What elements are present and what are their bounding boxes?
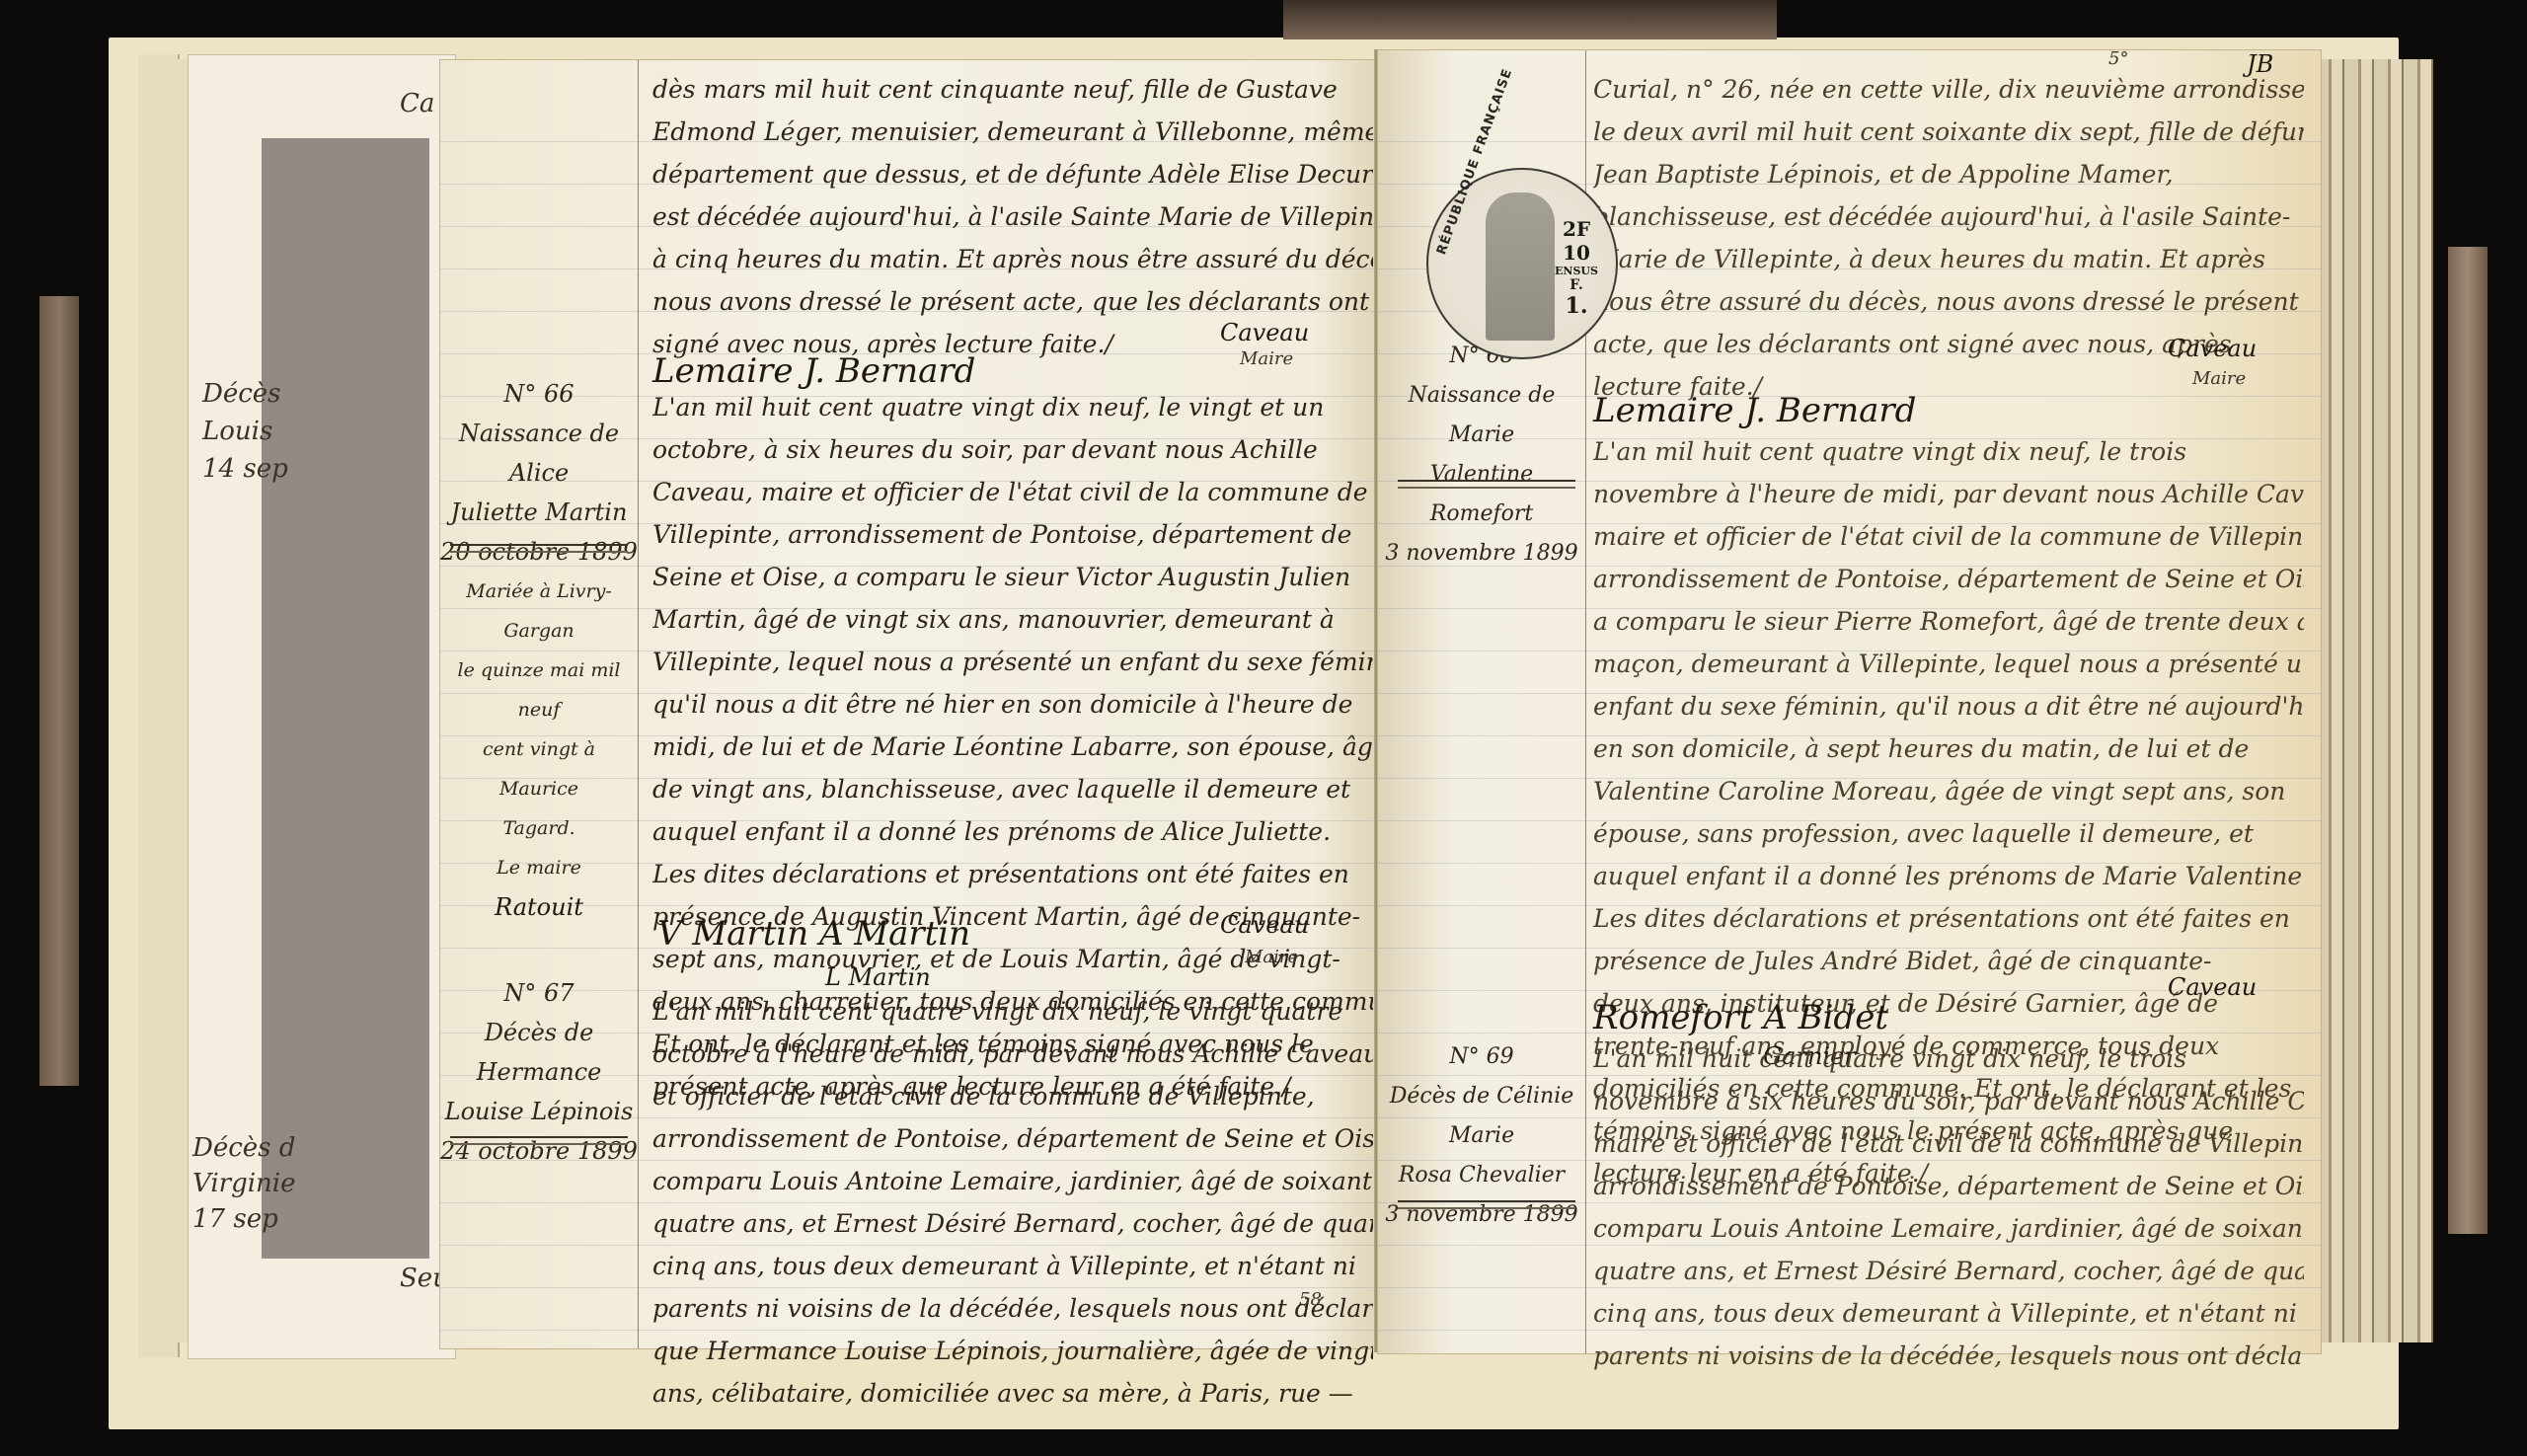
signature-mayor-title: Maire xyxy=(1245,947,1298,967)
entry-68-margin: N° 68 Naissance de Marie Valentine Romef… xyxy=(1378,337,1585,574)
underlying-entry-2: Décès d Virginie 17 sep xyxy=(192,1130,295,1237)
register-page-left: dès mars mil huit cent cinquante neuf, f… xyxy=(439,59,1389,1349)
entry-divider xyxy=(450,544,628,553)
entry-divider xyxy=(1398,480,1575,489)
signature-witness-2: L Martin xyxy=(825,963,931,991)
signature-mayor: Caveau xyxy=(2168,973,2257,1001)
signature-mayor-title: Maire xyxy=(2192,368,2246,389)
entry-number: N° 69 xyxy=(1378,1037,1585,1077)
underlying-entry-1: Décès Louis 14 sep xyxy=(202,375,288,488)
page-number: 58 xyxy=(1299,1289,1322,1310)
entry-number: N° 66 xyxy=(440,374,638,414)
signature-mayor: Caveau xyxy=(1220,319,1309,346)
marbled-cover-left xyxy=(39,296,79,1086)
grey-insert-card xyxy=(262,138,429,1259)
entry-divider xyxy=(1398,1200,1575,1209)
signature-witnesses: V Martin A Martin xyxy=(657,914,970,954)
marginal-annotation: Mariée à Livry-Gargan le quinze mai mil … xyxy=(440,572,638,927)
page-edge-stack-right xyxy=(2315,59,2433,1342)
underlying-page-header: Ca xyxy=(400,89,434,118)
entry-66-margin: N° 66 Naissance de Alice Juliette Martin… xyxy=(440,374,638,572)
signature-witnesses: Lemaire J. Bernard xyxy=(652,351,975,391)
marbled-cover-right xyxy=(2448,247,2488,1234)
signature-witnesses: Romefort A Bidet xyxy=(1593,998,1888,1037)
entry-number: N° 67 xyxy=(440,973,638,1013)
signature-witnesses: Lemaire J. Bernard xyxy=(1593,391,1916,430)
signature-mayor: Caveau xyxy=(1220,911,1309,939)
entry-divider xyxy=(450,1136,628,1145)
signature-mayor-title: Maire xyxy=(1240,348,1293,369)
stamp-figure-justice-icon xyxy=(1486,192,1555,341)
marbled-cover-top xyxy=(1283,0,1777,39)
signature-mayor: Caveau xyxy=(2168,335,2257,362)
entry-69-body: L'an mil huit cent quatre vingt dix neuf… xyxy=(1593,1037,2304,1377)
stamp-value: 2F 10 ENSUS F. 1. xyxy=(1552,217,1601,319)
page-marker: 5° xyxy=(2108,48,2128,69)
entry-67-body: L'an mil huit cent quatre vingt dix neuf… xyxy=(652,990,1373,1415)
